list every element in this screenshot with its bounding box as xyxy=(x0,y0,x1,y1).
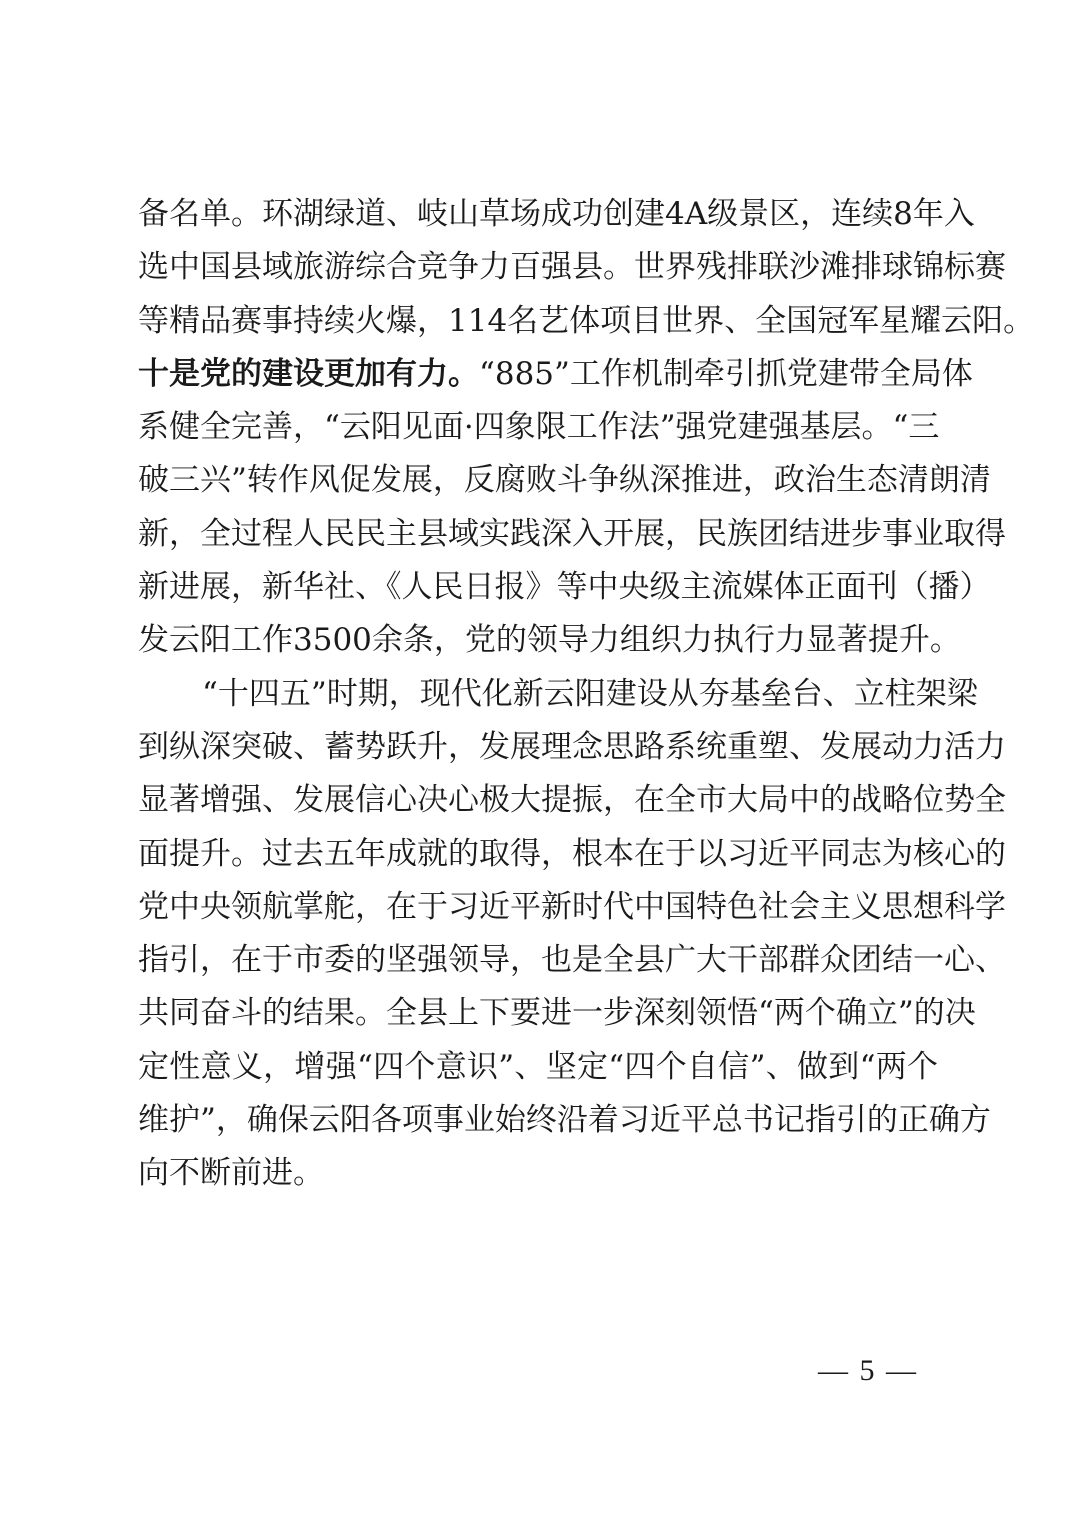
paragraph-tourism-achievements: 备名单。环湖绿道、岐山草场成功创建4A级景区，连续8年入 选中国县域旅游综合竞争… xyxy=(138,188,938,348)
text-line: 破三兴”转作风促发展，反腐败斗争纵深推进，政治生态清朗清 xyxy=(138,454,938,507)
text-line: 十是党的建设更加有力。“885”工作机制牵引抓党建带全局体 xyxy=(138,348,938,401)
text-line: 党中央领航掌舵，在于习近平新时代中国特色社会主义思想科学 xyxy=(138,881,938,934)
text-line: 共同奋斗的结果。全县上下要进一步深刻领悟“两个确立”的决 xyxy=(138,987,938,1040)
text-line: 等精品赛事持续火爆，114名艺体项目世界、全国冠军星耀云阳。 xyxy=(138,295,938,348)
text-line: 到纵深突破、蓄势跃升，发展理念思路系统重塑、发展动力活力 xyxy=(138,721,938,774)
text-line: 备名单。环湖绿道、岐山草场成功创建4A级景区，连续8年入 xyxy=(138,188,938,241)
text-line: 向不断前进。 xyxy=(138,1147,938,1200)
text-line: “十四五”时期，现代化新云阳建设从夯基垒台、立柱架梁 xyxy=(138,668,938,721)
text-line: 新进展，新华社、《人民日报》等中央级主流媒体正面刊（播） xyxy=(138,561,938,614)
paragraph-party-building: 十是党的建设更加有力。“885”工作机制牵引抓党建带全局体 系健全完善，“云阳见… xyxy=(138,348,938,668)
text-segment: “885”工作机制牵引抓党建带全局体 xyxy=(479,356,973,392)
text-line: 显著增强、发展信心决心极大提振，在全市大局中的战略位势全 xyxy=(138,774,938,827)
text-line: 发云阳工作3500余条，党的领导力组织力执行力显著提升。 xyxy=(138,614,938,667)
document-page: 备名单。环湖绿道、岐山草场成功创建4A级景区，连续8年入 选中国县域旅游综合竞争… xyxy=(0,0,1074,1520)
text-line: 选中国县域旅游综合竞争力百强县。世界残排联沙滩排球锦标赛 xyxy=(138,241,938,294)
section-heading: 十是党的建设更加有力。 xyxy=(138,356,479,392)
text-line: 维护”，确保云阳各项事业始终沿着习近平总书记指引的正确方 xyxy=(138,1094,938,1147)
text-line: 系健全完善，“云阳见面·四象限工作法”强党建强基层。“三 xyxy=(138,401,938,454)
page-number: — 5 — xyxy=(818,1354,918,1388)
text-line: 定性意义，增强“四个意识”、坚定“四个自信”、做到“两个 xyxy=(138,1041,938,1094)
text-line: 指引，在于市委的坚强领导，也是全县广大干部群众团结一心、 xyxy=(138,934,938,987)
text-line: 新，全过程人民民主县域实践深入开展，民族团结进步事业取得 xyxy=(138,508,938,561)
document-body: 备名单。环湖绿道、岐山草场成功创建4A级景区，连续8年入 选中国县域旅游综合竞争… xyxy=(138,188,938,1201)
text-line: 面提升。过去五年成就的取得，根本在于以习近平同志为核心的 xyxy=(138,828,938,881)
paragraph-14th-five-year-summary: “十四五”时期，现代化新云阳建设从夯基垒台、立柱架梁 到纵深突破、蓄势跃升，发展… xyxy=(138,668,938,1201)
